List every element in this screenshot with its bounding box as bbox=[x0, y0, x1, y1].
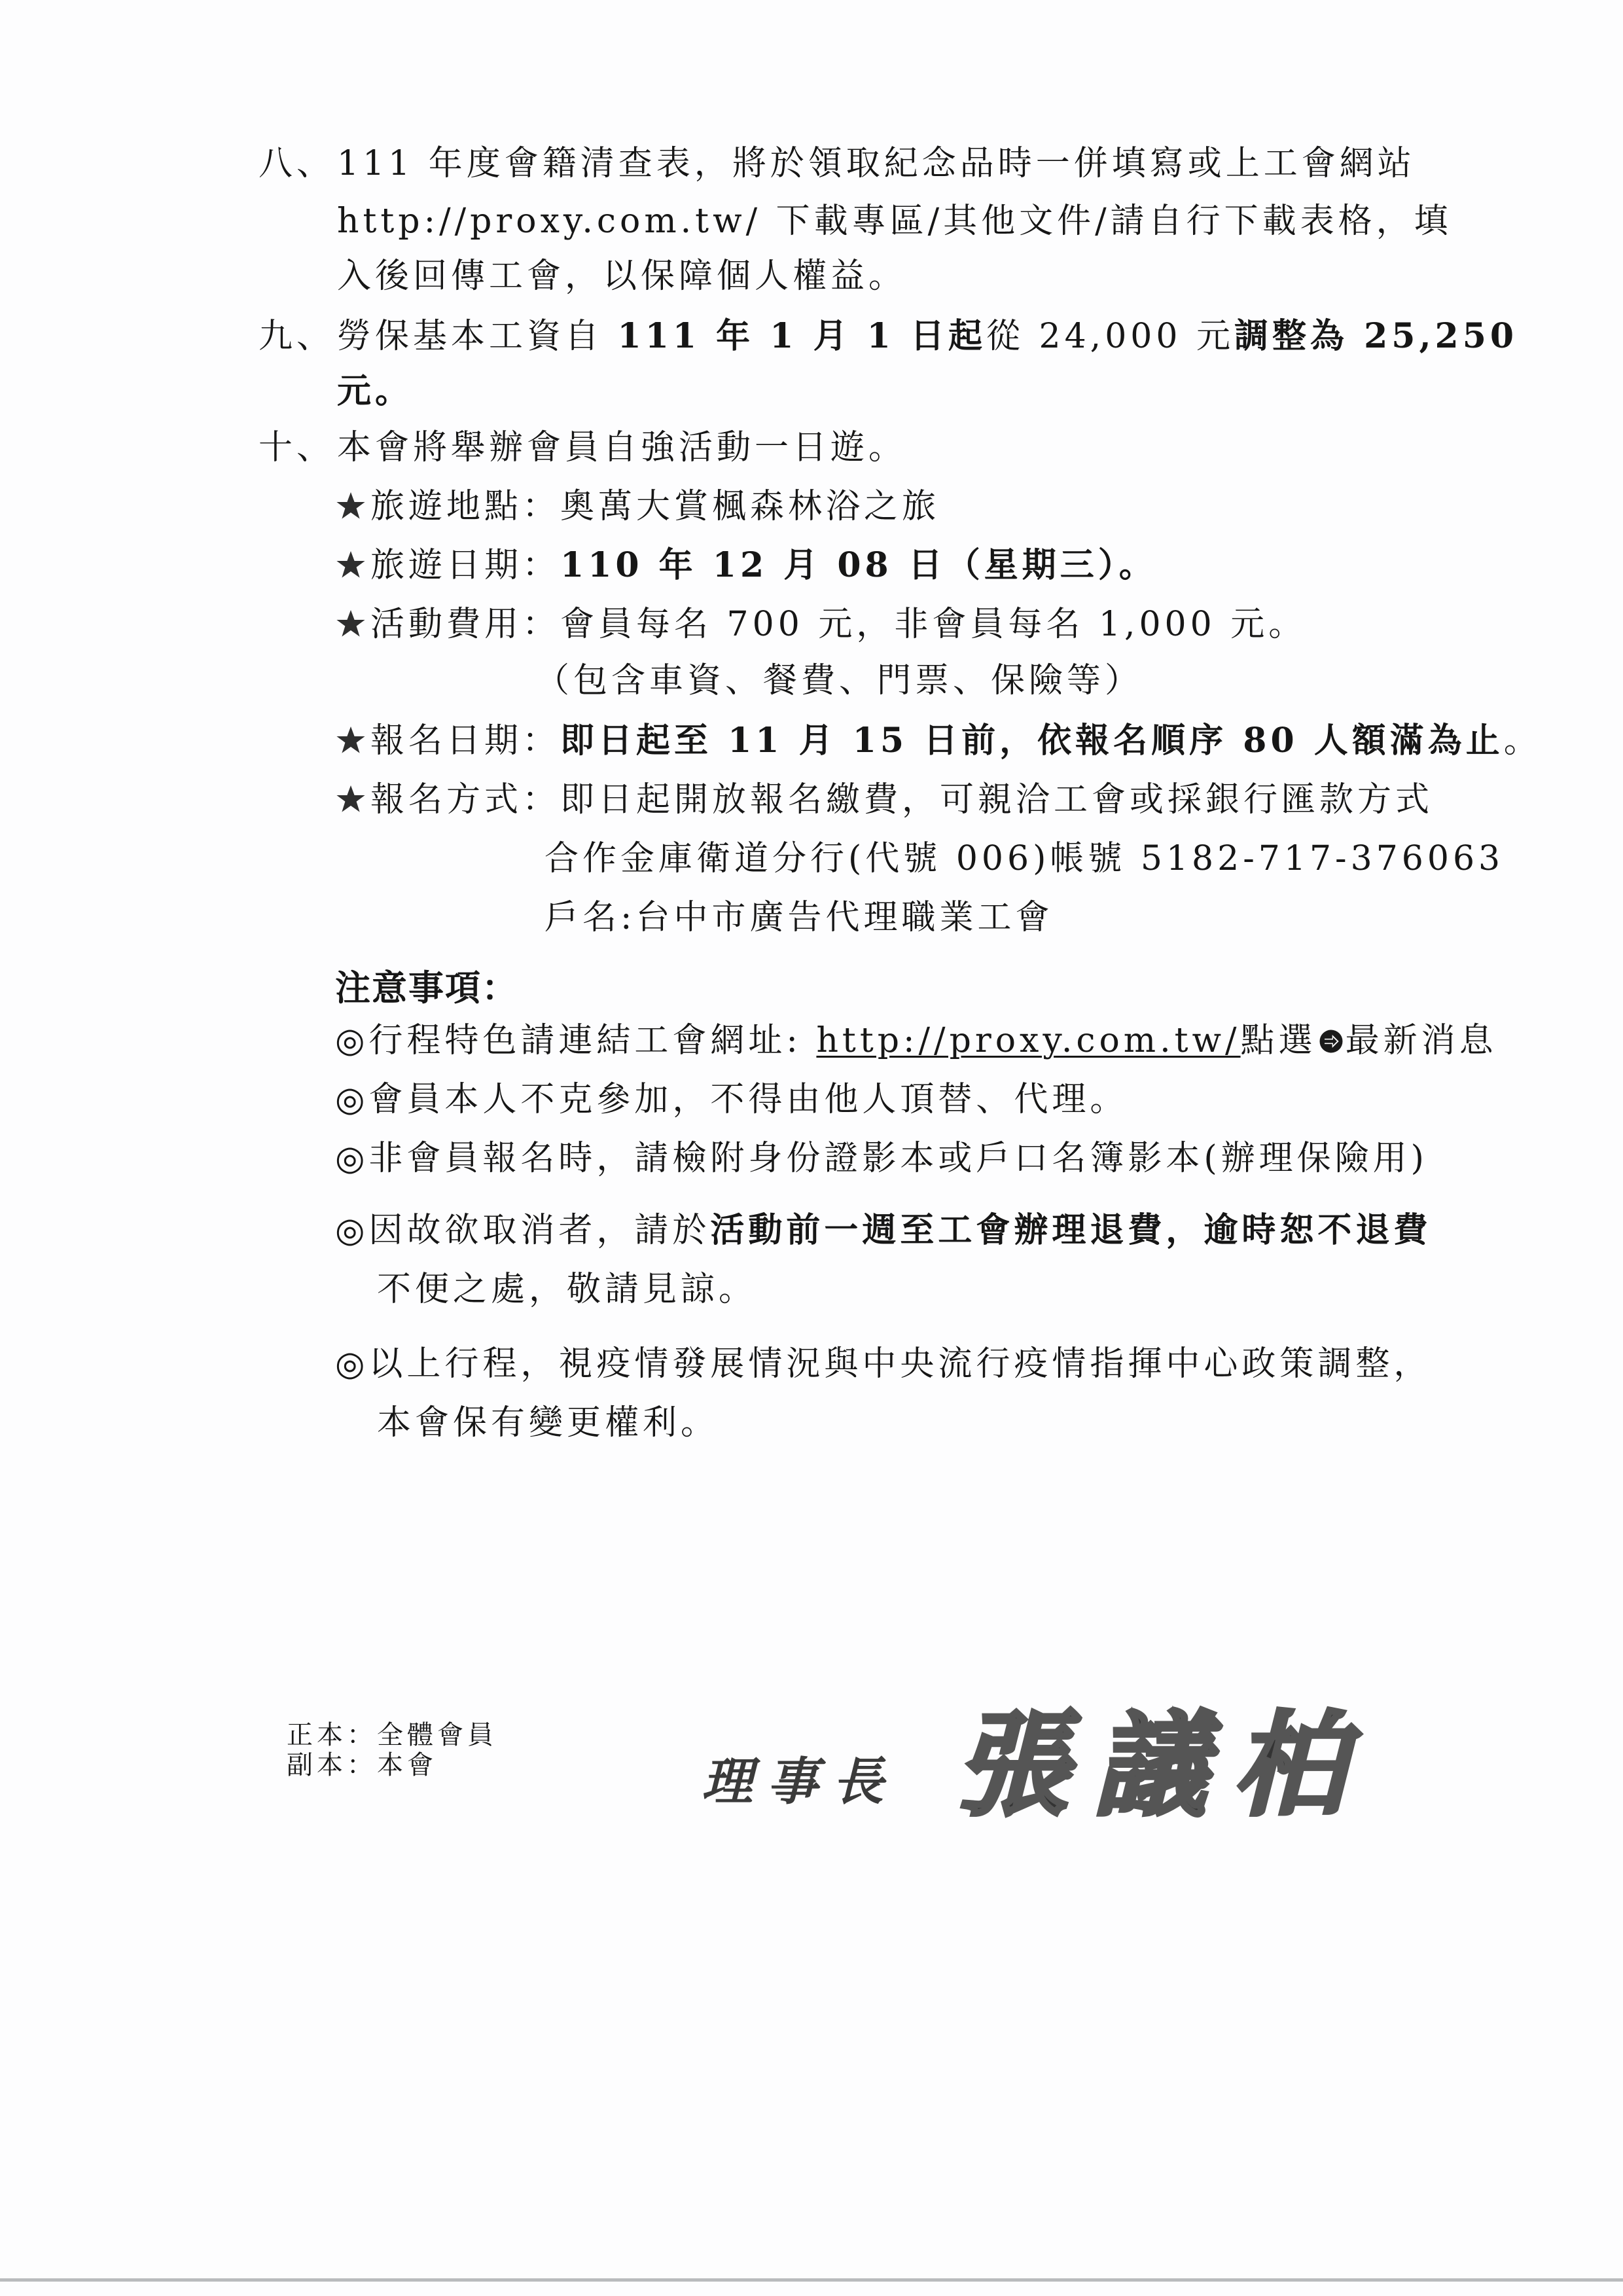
detail-row-date: 旅遊日期：110 年 12 月 08 日（星期三）。 bbox=[335, 545, 1157, 586]
bank-account-line: 合作金庫衛道分行(代號 006)帳號 5182-717-376063 bbox=[544, 838, 1504, 880]
detail-row-location: 旅遊地點：奧萬大賞楓森林浴之旅 bbox=[335, 486, 940, 528]
item-9-text-b: 從 24,000 元 bbox=[986, 317, 1234, 356]
star-icon bbox=[335, 779, 369, 821]
notice-text: ◎因故欲取消者，請於 bbox=[335, 1211, 710, 1250]
item-9-line-1: 勞保基本工資自 111 年 1 月 1 日起從 24,000 元調整為 25,2… bbox=[337, 315, 1518, 357]
item-10-line-1: 本會將舉辦會員自強活動一日遊。 bbox=[337, 427, 906, 469]
notice-item-1: ◎行程特色請連結工會網址: http://proxy.com.tw/點選最新消息 bbox=[335, 1020, 1497, 1062]
circled-arrow-right-icon bbox=[1317, 1021, 1346, 1060]
document-page: 八、 111 年度會籍清查表，將於領取紀念品時一併填寫或上工會網站 http:/… bbox=[0, 0, 1623, 2296]
cc-copy: 副本：本會 bbox=[287, 1750, 437, 1780]
item-number-10: 十、 bbox=[259, 427, 334, 469]
item-8-line-1: 111 年度會籍清查表，將於領取紀念品時一併填寫或上工會網站 bbox=[337, 143, 1416, 185]
detail-value: 奧萬大賞楓森林浴之旅 bbox=[560, 487, 940, 526]
item-8-line-3: 入後回傳工會，以保障個人權益。 bbox=[337, 255, 906, 297]
notice-text: 點選 bbox=[1241, 1021, 1317, 1060]
chairman-signature: 張議柏 bbox=[955, 1676, 1372, 1837]
detail-label: 報名日期： bbox=[370, 721, 560, 761]
item-8-line-2: http://proxy.com.tw/ 下載專區/其他文件/請自行下載表格，填 bbox=[337, 200, 1452, 242]
detail-label: 活動費用： bbox=[370, 605, 560, 644]
detail-row-fee: 活動費用：會員每名 700 元，非會員每名 1,000 元。 bbox=[335, 603, 1306, 645]
notice-text: ◎行程特色請連結工會網址: bbox=[335, 1021, 816, 1060]
item-number-8: 八、 bbox=[259, 143, 334, 185]
item-number-9: 九、 bbox=[259, 315, 334, 357]
detail-value: 即日起開放報名繳費，可親洽工會或採銀行匯款方式 bbox=[560, 780, 1433, 819]
item-9-line-2: 元。 bbox=[337, 370, 413, 412]
detail-fee-note: （包含車資、餐費、門票、保險等） bbox=[535, 660, 1143, 702]
refund-policy: 活動前一週至工會辦理退費，逾時恕不退費 bbox=[710, 1210, 1431, 1250]
detail-value: 110 年 12 月 08 日（星期三）。 bbox=[560, 545, 1157, 585]
detail-row-registration-date: 報名日期：即日起至 11 月 15 日前，依報名順序 80 人額滿為止。 bbox=[335, 720, 1542, 762]
detail-value: 會員每名 700 元，非會員每名 1,000 元。 bbox=[560, 605, 1306, 644]
detail-label: 報名方式： bbox=[370, 780, 560, 819]
notice-item-4: ◎因故欲取消者，請於活動前一週至工會辦理退費，逾時恕不退費 bbox=[335, 1210, 1431, 1251]
detail-value: 即日起至 11 月 15 日前，依報名順序 80 人額滿為止 bbox=[560, 721, 1504, 761]
union-website-link[interactable]: http://proxy.com.tw/ bbox=[816, 1021, 1240, 1060]
star-icon bbox=[335, 720, 369, 762]
notice-text: 最新消息 bbox=[1346, 1021, 1497, 1060]
star-icon bbox=[335, 545, 369, 586]
star-icon bbox=[335, 486, 369, 528]
notice-item-3: ◎非會員報名時，請檢附身份證影本或戶口名簿影本(辦理保險用) bbox=[335, 1138, 1428, 1179]
detail-suffix: 。 bbox=[1504, 721, 1542, 761]
notice-item-5: ◎以上行程，視疫情發展情況與中央流行疫情指揮中心政策調整， bbox=[335, 1343, 1431, 1385]
item-9-text-a: 勞保基本工資自 bbox=[337, 317, 618, 356]
detail-row-registration-method: 報名方式：即日起開放報名繳費，可親洽工會或採銀行匯款方式 bbox=[335, 779, 1433, 821]
detail-label: 旅遊日期： bbox=[370, 546, 560, 585]
cc-original: 正本：全體會員 bbox=[287, 1720, 497, 1750]
account-name-line: 戶名:台中市廣告代理職業工會 bbox=[544, 897, 1054, 939]
item-9-effective-date: 111 年 1 月 1 日起 bbox=[618, 316, 986, 356]
notice-item-2: ◎會員本人不克參加，不得由他人頂替、代理。 bbox=[335, 1079, 1128, 1121]
scan-edge-line bbox=[0, 2278, 1623, 2282]
notice-item-4-continuation: 不便之處，敬請見諒。 bbox=[377, 1268, 757, 1310]
star-icon bbox=[335, 603, 369, 645]
notice-item-5-continuation: 本會保有變更權利。 bbox=[377, 1402, 719, 1444]
notice-heading: 注意事項： bbox=[335, 967, 518, 1009]
chairman-title: 理事長 bbox=[702, 1741, 898, 1814]
item-9-new-wage: 調整為 25,250 bbox=[1234, 316, 1518, 356]
detail-label: 旅遊地點： bbox=[370, 487, 560, 526]
